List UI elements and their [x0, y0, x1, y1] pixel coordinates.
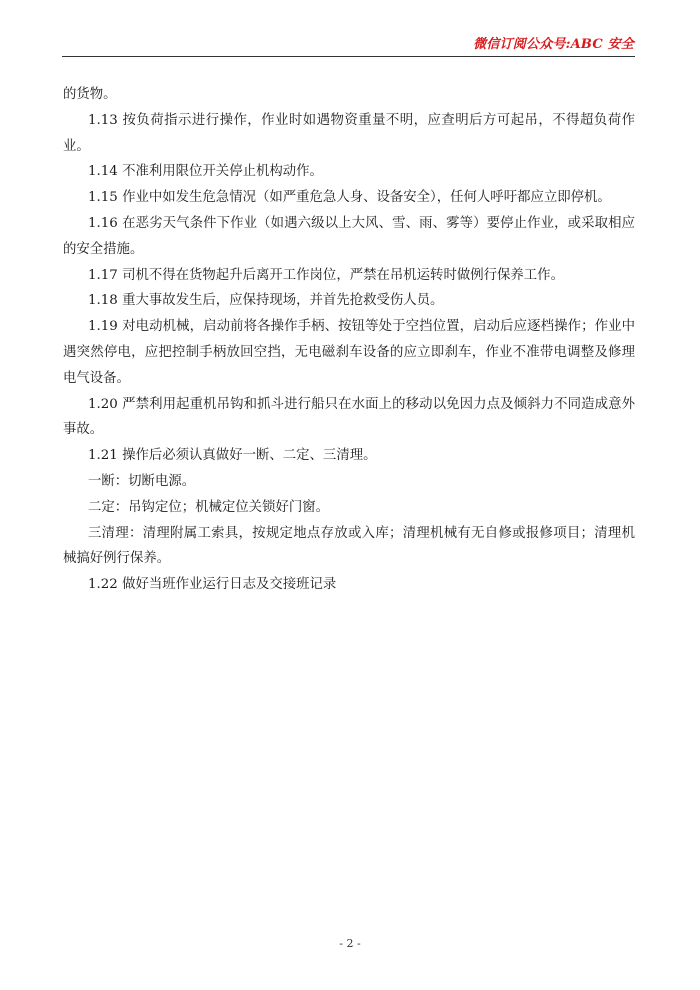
paragraph-san-qingli: 三清理：清理附属工索具，按规定地点存放或入库；清理机械有无自修或报修项目；清理机…: [63, 521, 635, 573]
paragraph-yi-duan: 一断：切断电源。: [63, 469, 635, 495]
header-wechat-label: 微信订阅公众号:ABC 安全: [473, 33, 634, 52]
paragraph-1-13: 1.13 按负荷指示进行操作，作业时如遇物资重量不明，应查明后方可起吊，不得超负…: [63, 108, 635, 160]
paragraph-continuation: 的货物。: [63, 82, 635, 108]
paragraph-1-17: 1.17 司机不得在货物起升后离开工作岗位，严禁在吊机运转时做例行保养工作。: [63, 263, 635, 289]
paragraph-1-15: 1.15 作业中如发生危急情况（如严重危急人身、设备安全），任何人呼吁都应立即停…: [63, 185, 635, 211]
paragraph-1-16: 1.16 在恶劣天气条件下作业（如遇六级以上大风、雪、雨、雾等）要停止作业，或采…: [63, 211, 635, 263]
paragraph-1-14: 1.14 不准利用限位开关停止机构动作。: [63, 159, 635, 185]
paragraph-1-21: 1.21 操作后必须认真做好一断、二定、三清理。: [63, 443, 635, 469]
header-divider: [62, 56, 635, 57]
paragraph-1-20: 1.20 严禁利用起重机吊钩和抓斗进行船只在水面上的移动以免因力点及倾斜力不同造…: [63, 392, 635, 444]
paragraph-er-ding: 二定：吊钩定位；机械定位关锁好门窗。: [63, 495, 635, 521]
paragraph-1-18: 1.18 重大事故发生后，应保持现场，并首先抢救受伤人员。: [63, 288, 635, 314]
page-number: - 2 -: [0, 937, 700, 950]
document-body: 的货物。 1.13 按负荷指示进行操作，作业时如遇物资重量不明，应查明后方可起吊…: [63, 82, 635, 598]
paragraph-1-19: 1.19 对电动机械，启动前将各操作手柄、按钮等处于空挡位置，启动后应逐档操作；…: [63, 314, 635, 391]
paragraph-1-22: 1.22 做好当班作业运行日志及交接班记录: [63, 572, 635, 598]
